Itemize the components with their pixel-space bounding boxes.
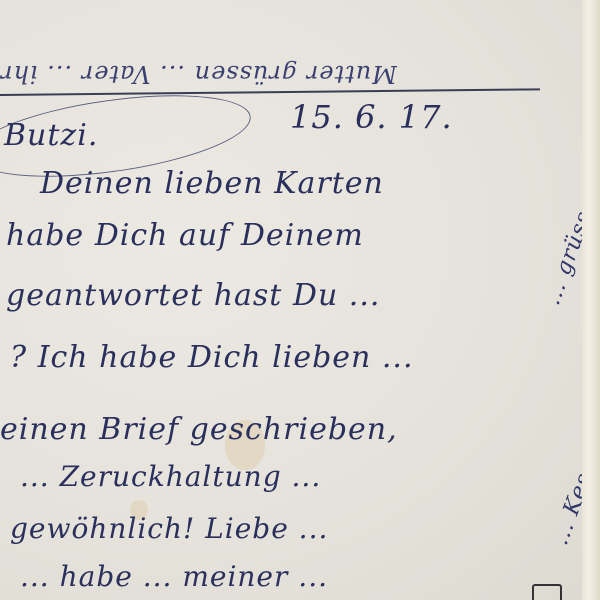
printed-mark-icon	[532, 584, 562, 600]
text-line: ? Ich habe Dich lieben ...	[10, 340, 414, 375]
salutation: Butzi.	[4, 118, 98, 153]
text-line: geantwortet hast Du ...	[6, 278, 380, 313]
date: 15. 6. 17.	[290, 98, 453, 136]
text-line: ... habe ... meiner ...	[20, 560, 328, 593]
text-line: einen Brief geschrieben,	[0, 412, 398, 447]
inverted-header-text: Mutter grüssen ... Vater ... ihr	[0, 60, 397, 88]
text-line: Deinen lieben Karten	[40, 166, 384, 201]
underline-rule	[0, 88, 540, 96]
text-line: habe Dich auf Deinem	[6, 218, 364, 253]
card-edge	[582, 0, 600, 600]
text-line: ... Zeruckhaltung ...	[20, 460, 321, 493]
postcard: Mutter grüssen ... Vater ... ihr Butzi. …	[0, 0, 582, 600]
text-line: gewöhnlich! Liebe ...	[10, 512, 328, 545]
